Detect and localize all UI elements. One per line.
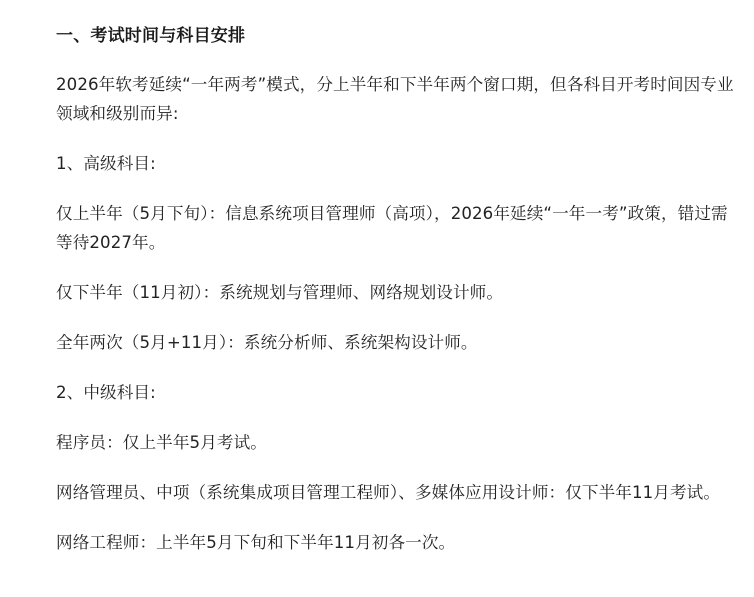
senior-first-half-paragraph: 仅上半年（5月下旬）：信息系统项目管理师（高项），2026年延续“一年一考”政策…	[56, 199, 736, 257]
intro-paragraph: 2026年软考延续“一年两考”模式，分上半年和下半年两个窗口期，但各科目开考时间…	[56, 70, 736, 128]
senior-twice-paragraph: 全年两次（5月+11月）：系统分析师、系统架构设计师。	[56, 328, 736, 357]
network-admin-paragraph: 网络管理员、中项（系统集成项目管理工程师）、多媒体应用设计师：仅下半年11月考试…	[56, 478, 736, 507]
article-body: 一、考试时间与科目安排 2026年软考延续“一年两考”模式，分上半年和下半年两个…	[56, 22, 736, 578]
intermediate-subjects-label: 2、中级科目:	[56, 378, 736, 407]
section-heading: 一、考试时间与科目安排	[56, 22, 736, 50]
senior-subjects-label: 1、高级科目:	[56, 149, 736, 178]
programmer-paragraph: 程序员：仅上半年5月考试。	[56, 428, 736, 457]
senior-second-half-paragraph: 仅下半年（11月初）：系统规划与管理师、网络规划设计师。	[56, 278, 736, 307]
network-engineer-paragraph: 网络工程师：上半年5月下旬和下半年11月初各一次。	[56, 528, 736, 557]
